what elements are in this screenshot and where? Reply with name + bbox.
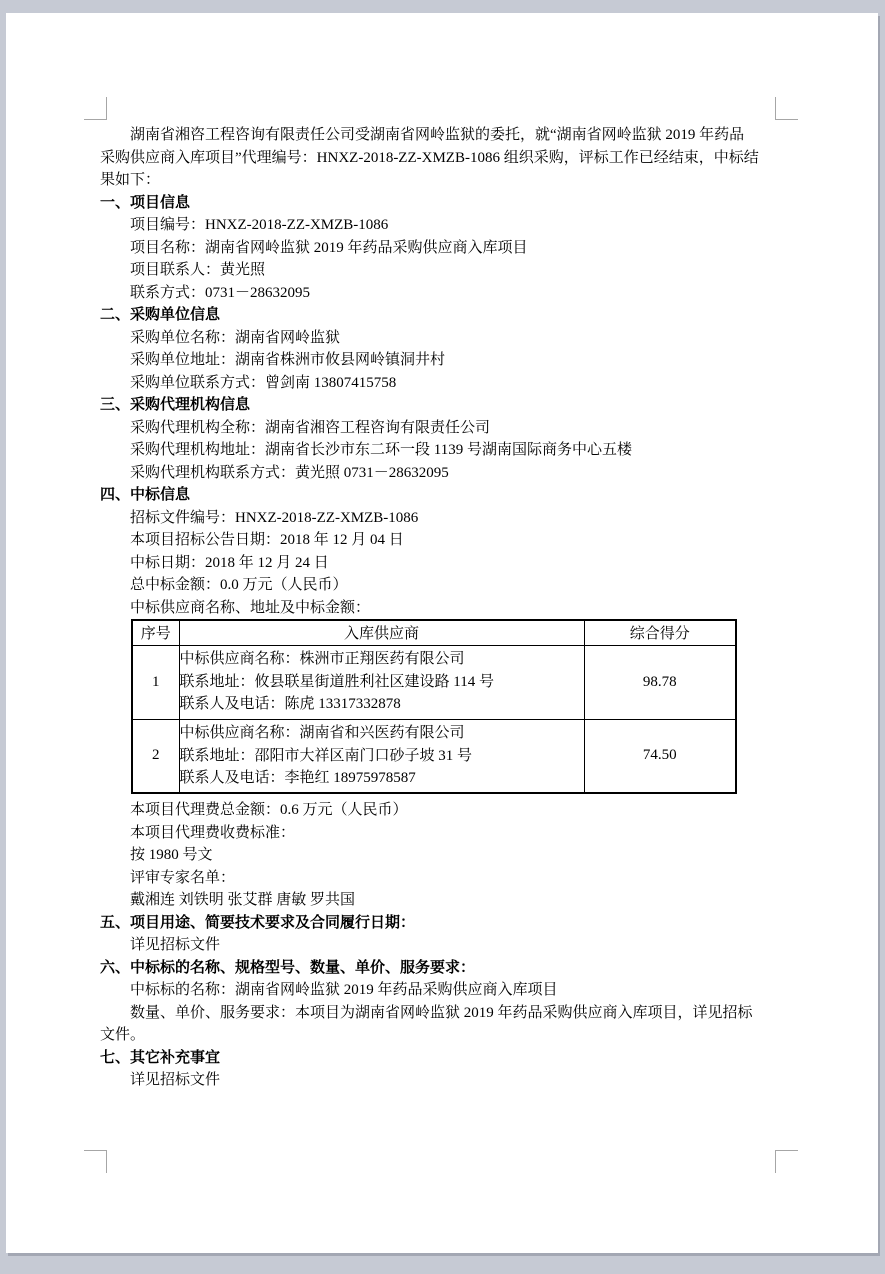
- agency-fee-standard-line: 本项目代理费收费标准：: [100, 822, 775, 845]
- section-heading-purchaser-info: 二、采购单位信息: [100, 304, 775, 327]
- subject-requirements-line: 数量、单价、服务要求：本项目为湖南省网岭监狱 2019 年药品采购供应商入库项目…: [100, 1002, 775, 1025]
- project-name-line: 项目名称：湖南省网岭监狱 2019 年药品采购供应商入库项目: [100, 237, 775, 260]
- fee-basis-line: 按 1980 号文: [100, 844, 775, 867]
- award-date-line: 中标日期：2018 年 12 月 24 日: [100, 552, 775, 575]
- text-boundary-mark-bottom-right: [775, 1150, 798, 1173]
- supplier-cell: 中标供应商名称：株洲市正翔医药有限公司 联系地址：攸县联星街道胜利社区建设路 1…: [179, 645, 584, 719]
- subject-requirements-line-2: 文件。: [100, 1024, 775, 1047]
- text-boundary-mark-bottom-left: [84, 1150, 107, 1173]
- usage-detail-line: 详见招标文件: [100, 934, 775, 957]
- total-amount-line: 总中标金额：0.0 万元（人民币）: [100, 574, 775, 597]
- intro-line-3: 果如下：: [100, 169, 775, 192]
- table-row: 2 中标供应商名称：湖南省和兴医药有限公司 联系地址：邵阳市大祥区南门口砂子坡 …: [132, 719, 736, 793]
- score-cell: 74.50: [584, 719, 736, 793]
- section-heading-supplement: 七、其它补充事宜: [100, 1047, 775, 1070]
- agency-contact-line: 采购代理机构联系方式：黄光照 0731－28632095: [100, 462, 775, 485]
- section-heading-agency-info: 三、采购代理机构信息: [100, 394, 775, 417]
- header-score: 综合得分: [584, 620, 736, 645]
- supplier-name-line: 中标供应商名称：株洲市正翔医药有限公司: [180, 648, 584, 671]
- score-cell: 98.78: [584, 645, 736, 719]
- row-number: 2: [132, 719, 179, 793]
- header-seq: 序号: [132, 620, 179, 645]
- supplier-cell: 中标供应商名称：湖南省和兴医药有限公司 联系地址：邵阳市大祥区南门口砂子坡 31…: [179, 719, 584, 793]
- supplier-contact-line: 联系人及电话：李艳红 18975978587: [180, 767, 584, 790]
- intro-line-2: 采购供应商入库项目”代理编号：HNXZ-2018-ZZ-XMZB-1086 组织…: [100, 147, 775, 170]
- table-header-row: 序号 入库供应商 综合得分: [132, 620, 736, 645]
- experts-names-line: 戴湘连 刘铁明 张艾群 唐敏 罗共国: [100, 889, 775, 912]
- app-background: 湖南省湘咨工程咨询有限责任公司受湖南省网岭监狱的委托，就“湖南省网岭监狱 201…: [0, 0, 885, 1274]
- supplier-contact-line: 联系人及电话：陈虎 13317332878: [180, 693, 584, 716]
- section-heading-subject: 六、中标标的名称、规格型号、数量、单价、服务要求：: [100, 957, 775, 980]
- project-phone-line: 联系方式：0731－28632095: [100, 282, 775, 305]
- row-number: 1: [132, 645, 179, 719]
- text-boundary-mark-top-left: [84, 97, 107, 120]
- experts-label-line: 评审专家名单：: [100, 867, 775, 890]
- agency-fee-total-line: 本项目代理费总金额：0.6 万元（人民币）: [100, 799, 775, 822]
- agency-address-line: 采购代理机构地址：湖南省长沙市东二环一段 1139 号湖南国际商务中心五楼: [100, 439, 775, 462]
- suppliers-intro-line: 中标供应商名称、地址及中标金额：: [100, 597, 775, 620]
- section-heading-award-info: 四、中标信息: [100, 484, 775, 507]
- header-supplier: 入库供应商: [179, 620, 584, 645]
- document-body: 湖南省湘咨工程咨询有限责任公司受湖南省网岭监狱的委托，就“湖南省网岭监狱 201…: [100, 124, 775, 1092]
- bid-doc-number-line: 招标文件编号：HNXZ-2018-ZZ-XMZB-1086: [100, 507, 775, 530]
- purchaser-contact-line: 采购单位联系方式：曾剑南 13807415758: [100, 372, 775, 395]
- supplier-name-line: 中标供应商名称：湖南省和兴医药有限公司: [180, 722, 584, 745]
- announce-date-line: 本项目招标公告日期：2018 年 12 月 04 日: [100, 529, 775, 552]
- text-boundary-mark-top-right: [775, 97, 798, 120]
- section-heading-project-info: 一、项目信息: [100, 192, 775, 215]
- project-contact-line: 项目联系人：黄光照: [100, 259, 775, 282]
- supplier-address-line: 联系地址：攸县联星街道胜利社区建设路 114 号: [180, 671, 584, 694]
- subject-name-line: 中标标的名称：湖南省网岭监狱 2019 年药品采购供应商入库项目: [100, 979, 775, 1002]
- supplement-detail-line: 详见招标文件: [100, 1069, 775, 1092]
- project-number-line: 项目编号：HNXZ-2018-ZZ-XMZB-1086: [100, 214, 775, 237]
- agency-name-line: 采购代理机构全称：湖南省湘咨工程咨询有限责任公司: [100, 417, 775, 440]
- purchaser-address-line: 采购单位地址：湖南省株洲市攸县网岭镇洞井村: [100, 349, 775, 372]
- supplier-address-line: 联系地址：邵阳市大祥区南门口砂子坡 31 号: [180, 745, 584, 768]
- section-heading-usage: 五、项目用途、简要技术要求及合同履行日期：: [100, 912, 775, 935]
- intro-line-1: 湖南省湘咨工程咨询有限责任公司受湖南省网岭监狱的委托，就“湖南省网岭监狱 201…: [100, 124, 775, 147]
- document-page: 湖南省湘咨工程咨询有限责任公司受湖南省网岭监狱的委托，就“湖南省网岭监狱 201…: [6, 13, 878, 1253]
- table-row: 1 中标供应商名称：株洲市正翔医药有限公司 联系地址：攸县联星街道胜利社区建设路…: [132, 645, 736, 719]
- purchaser-name-line: 采购单位名称：湖南省网岭监狱: [100, 327, 775, 350]
- suppliers-table: 序号 入库供应商 综合得分 1 中标供应商名称：株洲市正翔医药有限公司 联系地址…: [131, 619, 737, 794]
